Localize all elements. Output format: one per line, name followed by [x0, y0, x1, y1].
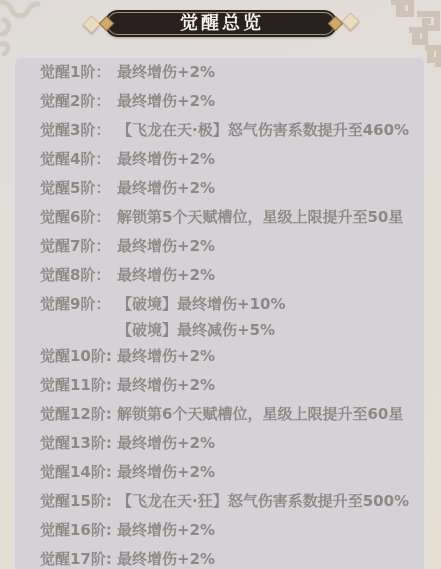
stage-effect: 最终增伤+2% — [117, 371, 215, 400]
stage-effect-line: 最终增伤+2% — [117, 261, 215, 290]
stage-effect: 最终增伤+2% — [117, 145, 215, 174]
stage-label: 觉醒8阶： — [40, 261, 117, 290]
stage-effect-line: 最终增伤+2% — [117, 232, 215, 261]
page-title: 觉醒总览 — [177, 13, 264, 34]
stage-effect: 最终增伤+2% — [117, 342, 215, 371]
stage-effect: 最终增伤+2% — [117, 58, 215, 87]
stage-label: 觉醒16阶: — [40, 516, 117, 545]
stage-effect-line: 最终增伤+2% — [117, 516, 215, 545]
diamond-ornament-left-outer — [82, 15, 100, 33]
stage-effect: 最终增伤+2% — [117, 261, 215, 290]
stage-effect-line: 最终增伤+2% — [117, 342, 215, 371]
stage-label: 觉醒13阶: — [40, 429, 117, 458]
list-item: 觉醒6阶：解锁第5个天赋槽位，星级上限提升至50星 — [40, 203, 421, 232]
list-item: 觉醒3阶：【飞龙在天·极】怒气伤害系数提升至460% — [40, 116, 421, 145]
list-item: 觉醒7阶：最终增伤+2% — [40, 232, 421, 261]
stage-effect: 解锁第6个天赋槽位，星级上限提升至60星 — [117, 400, 403, 429]
stage-effect-line: 最终增伤+2% — [117, 174, 215, 203]
list-item: 觉醒15阶:【飞龙在天·狂】怒气伤害系数提升至500% — [40, 487, 421, 516]
list-item: 觉醒8阶：最终增伤+2% — [40, 261, 421, 290]
stage-label: 觉醒4阶： — [40, 145, 117, 174]
header-banner: 觉醒总览 — [0, 9, 441, 37]
stage-effect-line: 最终增伤+2% — [117, 87, 215, 116]
list-item: 觉醒14阶:最终增伤+2% — [40, 458, 421, 487]
list-item: 觉醒2阶：最终增伤+2% — [40, 87, 421, 116]
stage-label: 觉醒17阶: — [40, 545, 117, 569]
stage-effect-line: 最终增伤+2% — [117, 371, 215, 400]
banner-pill: 觉醒总览 — [105, 10, 337, 37]
stage-effect: 最终增伤+2% — [117, 516, 215, 545]
stage-label: 觉醒10阶: — [40, 342, 117, 371]
banner-inner-border: 觉醒总览 — [107, 12, 335, 35]
stage-label: 觉醒6阶： — [40, 203, 117, 232]
list-item: 觉醒10阶:最终增伤+2% — [40, 342, 421, 371]
stage-label: 觉醒7阶： — [40, 232, 117, 261]
list-item: 觉醒5阶：最终增伤+2% — [40, 174, 421, 203]
stage-effect-line: 【破境】最终减伤+5% — [117, 319, 285, 342]
stage-label: 觉醒3阶： — [40, 116, 117, 145]
diamond-ornament-right-outer — [341, 12, 359, 30]
stage-effect: 【飞龙在天·极】怒气伤害系数提升至460% — [117, 116, 409, 145]
stage-effect: 最终增伤+2% — [117, 174, 215, 203]
list-item: 觉醒16阶:最终增伤+2% — [40, 516, 421, 545]
stage-label: 觉醒11阶: — [40, 371, 117, 400]
stage-effect: 最终增伤+2% — [117, 458, 215, 487]
stage-effect: 解锁第5个天赋槽位，星级上限提升至50星 — [117, 203, 403, 232]
stage-effect-line: 最终增伤+2% — [117, 58, 215, 87]
awakening-panel: 觉醒1阶：最终增伤+2%觉醒2阶：最终增伤+2%觉醒3阶：【飞龙在天·极】怒气伤… — [14, 57, 425, 569]
awakening-overview-page: 觉醒总览 觉醒1阶：最终增伤+2%觉醒2阶：最终增伤+2%觉醒3阶：【飞龙在天·… — [0, 0, 441, 569]
stage-label: 觉醒9阶： — [40, 290, 117, 319]
list-item: 觉醒9阶：【破境】最终增伤+10%【破境】最终减伤+5% — [40, 290, 421, 342]
stage-effect-line: 最终增伤+2% — [117, 145, 215, 174]
stage-label: 觉醒14阶: — [40, 458, 117, 487]
list-item: 觉醒4阶：最终增伤+2% — [40, 145, 421, 174]
stage-effect: 【飞龙在天·狂】怒气伤害系数提升至500% — [117, 487, 409, 516]
list-item: 觉醒12阶:解锁第6个天赋槽位，星级上限提升至60星 — [40, 400, 421, 429]
list-item: 觉醒17阶:最终增伤+2% — [40, 545, 421, 569]
stage-effect: 最终增伤+2% — [117, 545, 215, 569]
stage-effect-line: 最终增伤+2% — [117, 429, 215, 458]
stage-effect-line: 解锁第6个天赋槽位，星级上限提升至60星 — [117, 400, 403, 429]
awakening-list[interactable]: 觉醒1阶：最终增伤+2%觉醒2阶：最终增伤+2%觉醒3阶：【飞龙在天·极】怒气伤… — [14, 57, 425, 569]
stage-effect: 最终增伤+2% — [117, 87, 215, 116]
stage-label: 觉醒12阶: — [40, 400, 117, 429]
list-item: 觉醒1阶：最终增伤+2% — [40, 58, 421, 87]
stage-effect-line: 【破境】最终增伤+10% — [117, 290, 285, 319]
list-item: 觉醒11阶:最终增伤+2% — [40, 371, 421, 400]
stage-effect: 最终增伤+2% — [117, 232, 215, 261]
stage-label: 觉醒2阶： — [40, 87, 117, 116]
list-item: 觉醒13阶:最终增伤+2% — [40, 429, 421, 458]
stage-label: 觉醒1阶： — [40, 58, 117, 87]
stage-label: 觉醒15阶: — [40, 487, 117, 516]
stage-label: 觉醒5阶： — [40, 174, 117, 203]
stage-effect-line: 【飞龙在天·狂】怒气伤害系数提升至500% — [117, 487, 409, 516]
stage-effect: 最终增伤+2% — [117, 429, 215, 458]
stage-effect: 【破境】最终增伤+10%【破境】最终减伤+5% — [117, 290, 285, 342]
stage-effect-line: 解锁第5个天赋槽位，星级上限提升至50星 — [117, 203, 403, 232]
stage-effect-line: 【飞龙在天·极】怒气伤害系数提升至460% — [117, 116, 409, 145]
stage-effect-line: 最终增伤+2% — [117, 458, 215, 487]
stage-effect-line: 最终增伤+2% — [117, 545, 215, 569]
